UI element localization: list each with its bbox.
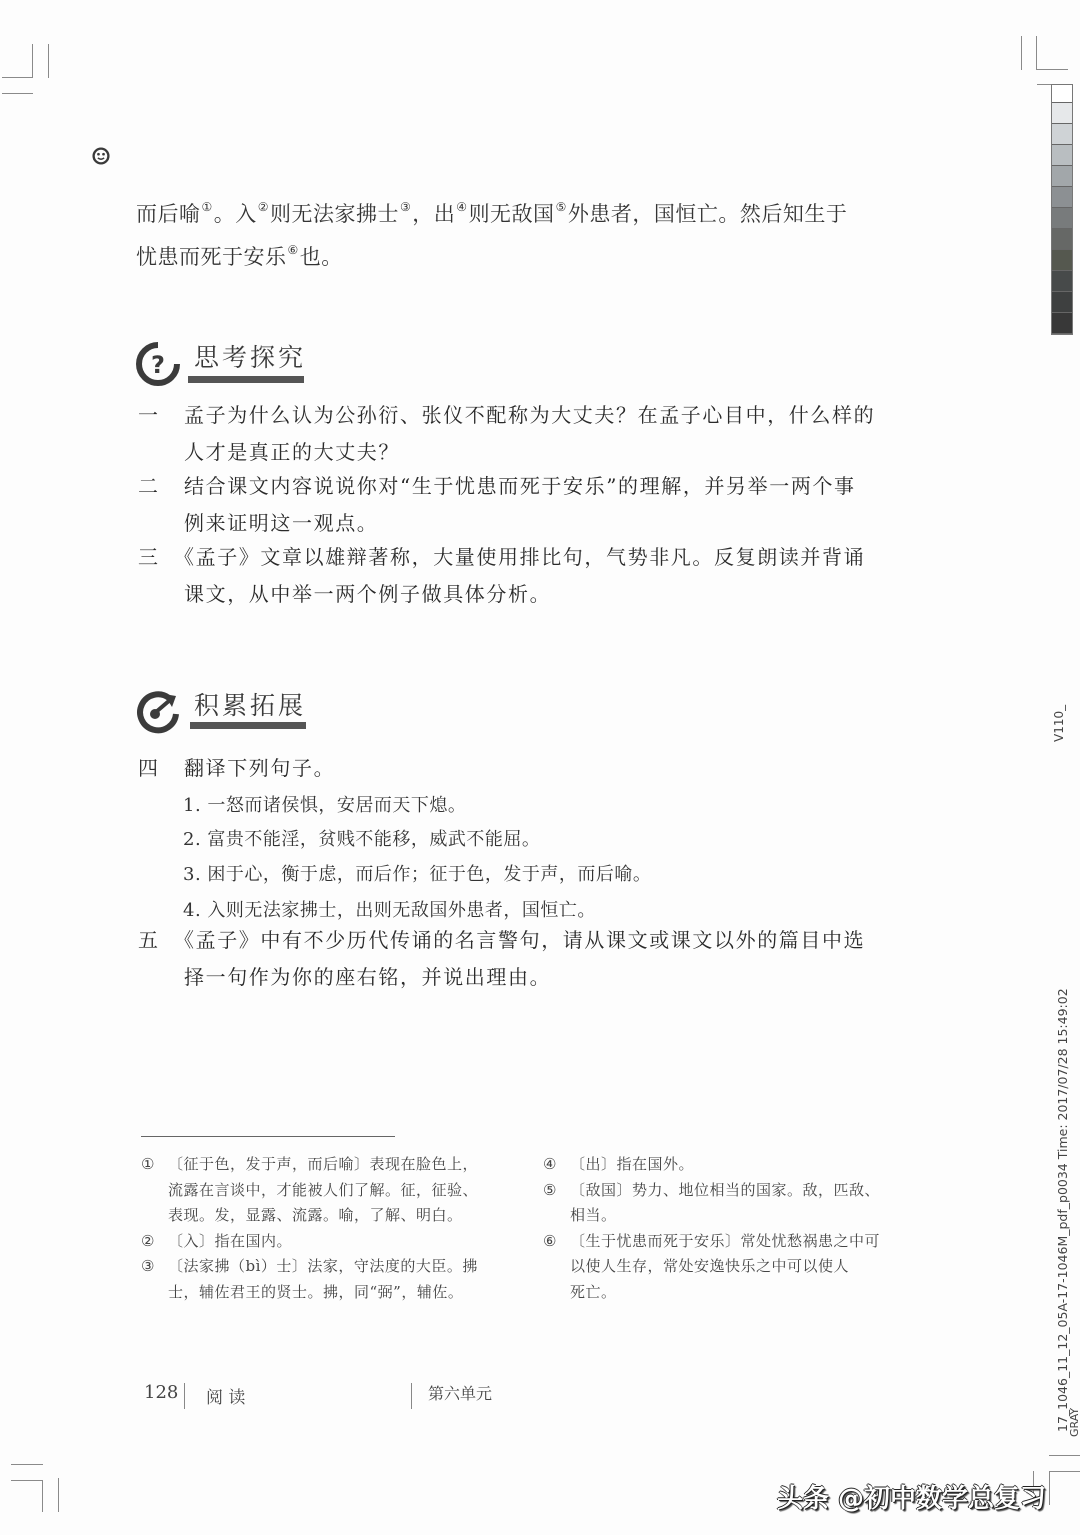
section-underline-bar — [188, 376, 304, 383]
footnote-divider — [141, 1136, 395, 1137]
verse-line-1: 而后喻①。入②则无法家拂士③，出④则无敌国⑤外患者，国恒亡。然后知生于 — [136, 189, 847, 232]
footnote-ref[interactable]: ⑥ — [288, 243, 299, 257]
footnote-2: ② 〔入〕指在国内。 — [141, 1229, 521, 1255]
footnote-1: ① 〔征于色，发于声，而后喻〕表现在脸色上， 流露在言谈中，才能被人们了解。征，… — [141, 1152, 521, 1229]
section-title: 思考探究 — [194, 338, 306, 374]
crop-mark — [1049, 1455, 1080, 1456]
footnote-ref[interactable]: ① — [202, 200, 213, 214]
footnote-ref[interactable]: ③ — [400, 200, 411, 214]
section-underline-bar — [190, 722, 306, 729]
crop-mark — [32, 44, 33, 78]
question-2: 二 结合课文内容说说你对“生于忧患而死于安乐”的理解，并另举一两个事 例来证明这… — [138, 468, 908, 542]
grayscale-step — [1052, 124, 1072, 145]
page-number: 128 — [144, 1382, 178, 1403]
footnote-ref[interactable]: ② — [258, 200, 269, 214]
svg-text:?: ? — [151, 351, 165, 379]
grayscale-step — [1052, 166, 1072, 187]
refresh-arrow-icon — [136, 690, 180, 734]
grayscale-step — [1052, 313, 1072, 334]
footer-divider — [184, 1383, 185, 1409]
book-section-label: 阅 读 — [206, 1383, 245, 1408]
verse-line-2: 忧患而死于安乐⑥也。 — [136, 232, 847, 275]
crop-mark — [1049, 1471, 1080, 1472]
grayscale-step — [1052, 229, 1072, 250]
question-4: 四 翻译下列句子。 — [138, 750, 908, 787]
crop-mark — [2, 77, 33, 78]
crop-mark — [1036, 36, 1037, 69]
question-3: 三 《孟子》文章以雄辩著称，大量使用排比句，气势非凡。反复朗读并背诵 课文，从中… — [138, 539, 908, 613]
question-number: 五 — [138, 922, 168, 959]
crop-mark — [1021, 36, 1022, 70]
grayscale-step — [1052, 103, 1072, 124]
crop-mark — [42, 1480, 43, 1512]
crop-mark — [1036, 69, 1068, 70]
section-title: 积累拓展 — [194, 686, 306, 722]
version-code: V110_ — [1052, 705, 1066, 742]
crop-mark — [11, 1464, 43, 1465]
color-mode-label: GRAY — [1068, 1408, 1080, 1437]
translate-item-1: 1. 一怒而诸侯惧，安居而天下熄。 — [183, 791, 466, 817]
footnotes-right: ④ 〔出〕指在国外。 ⑤ 〔敌国〕势力、地位相当的国家。敌，匹敌、 相当。 ⑥ … — [543, 1152, 913, 1305]
question-1: 一 孟子为什么认为公孙衍、张仪不配称为大丈夫？在孟子心目中，什么样的 人才是真正… — [138, 397, 908, 471]
watermark: 头条 @初中数学总复习 — [777, 1478, 1046, 1515]
crop-mark — [2, 93, 33, 94]
footnote-4: ④ 〔出〕指在国外。 — [543, 1152, 913, 1178]
grayscale-step — [1052, 145, 1072, 166]
footer-divider — [411, 1383, 412, 1409]
question-5: 五 《孟子》中有不少历代传诵的名言警句，请从课文或课文以外的篇目中选 择一句作为… — [138, 922, 908, 996]
question-number: 四 — [138, 750, 168, 787]
question-number: 二 — [138, 468, 168, 505]
question-number: 三 — [138, 539, 168, 576]
question-number: 一 — [138, 397, 168, 434]
crop-mark — [1049, 1471, 1050, 1505]
grayscale-step — [1052, 187, 1072, 208]
footnotes-left: ① 〔征于色，发于声，而后喻〕表现在脸色上， 流露在言谈中，才能被人们了解。征，… — [141, 1152, 521, 1305]
translate-item-2: 2. 富贵不能淫，贫贱不能移，威武不能屈。 — [183, 825, 540, 851]
footnote-5: ⑤ 〔敌国〕势力、地位相当的国家。敌，匹敌、 相当。 — [543, 1178, 913, 1229]
smiley-icon — [92, 147, 110, 165]
grayscale-step — [1052, 292, 1072, 313]
grayscale-step — [1052, 271, 1072, 292]
translate-item-4: 4. 入则无法家拂士，出则无敌国外患者，国恒亡。 — [183, 896, 596, 922]
verse-text: 而后喻①。入②则无法家拂士③，出④则无敌国⑤外患者，国恒亡。然后知生于 忧患而死… — [136, 189, 847, 275]
question-circle-icon: ? — [136, 342, 180, 386]
crop-mark — [58, 1478, 59, 1512]
grayscale-step — [1052, 208, 1072, 229]
grayscale-step — [1052, 250, 1072, 271]
crop-mark — [1037, 84, 1051, 85]
footnote-ref[interactable]: ④ — [456, 200, 467, 214]
grayscale-calibration-bar — [1051, 84, 1073, 335]
footnote-3: ③ 〔法家拂（bì）士〕法家，守法度的大臣。拂 士，辅佐君王的贤士。拂，同“弼”… — [141, 1254, 521, 1305]
unit-label: 第六单元 — [428, 1381, 492, 1404]
crop-mark — [48, 44, 49, 78]
print-file-info: 17_1046_11_12_05A-17-1046M_pdf_p0034 Tim… — [1055, 988, 1070, 1432]
translate-item-3: 3. 困于心，衡于虑，而后作；征于色，发于声，而后喻。 — [183, 860, 651, 886]
grayscale-step — [1052, 85, 1072, 103]
footnote-6: ⑥ 〔生于忧患而死于安乐〕常处忧愁祸患之中可 以使人生存，常处安逸快乐之中可以使… — [543, 1229, 913, 1306]
crop-mark — [11, 1480, 43, 1481]
footnote-ref[interactable]: ⑤ — [556, 200, 567, 214]
